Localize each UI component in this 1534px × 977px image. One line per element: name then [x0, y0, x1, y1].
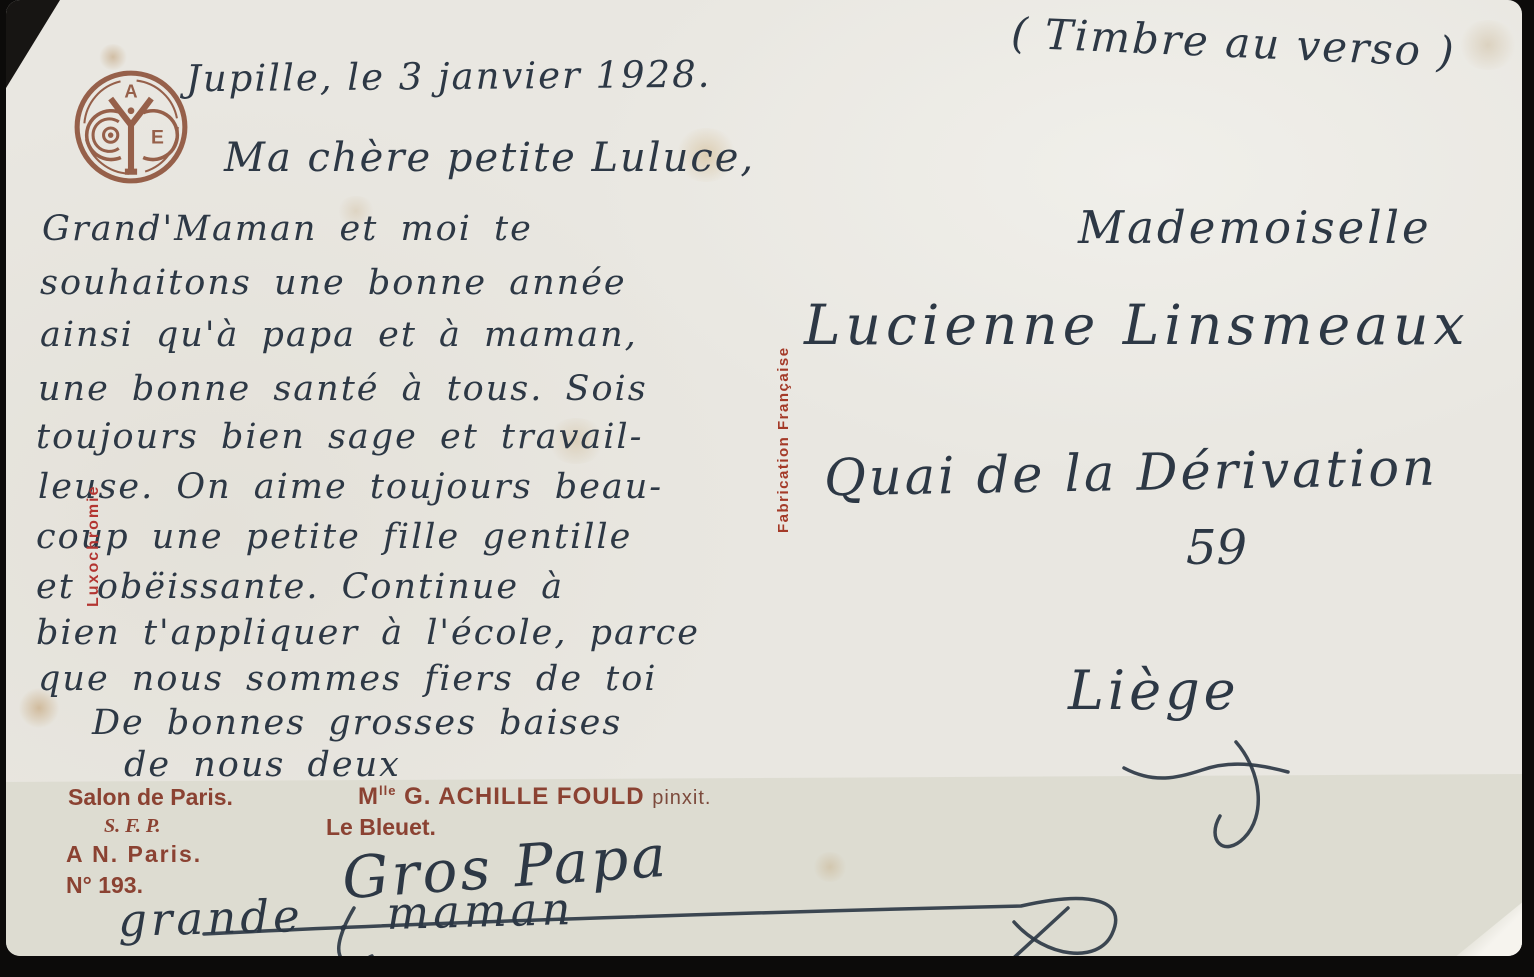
- imprint-sfp: S. F. P.: [104, 816, 161, 836]
- corner-fold: [6, 0, 60, 88]
- artist-m: M: [358, 783, 379, 810]
- letter-line: bien t'appliquer à l'école, parce: [36, 616, 700, 651]
- letter-line: une bonne santé à tous. Sois: [38, 372, 648, 407]
- stamp-note: ( Timbre au verso ): [1010, 12, 1456, 73]
- address-name: Lucienne Linsmeaux: [804, 298, 1469, 353]
- letter-line: Grand'Maman et moi te: [42, 212, 533, 247]
- process-mark-luxochromie: Luxochromie: [86, 455, 102, 607]
- letter-line: que nous sommes fiers de toi: [38, 662, 658, 697]
- publisher-monogram-logo: A E: [70, 66, 192, 188]
- artist-sup: lle: [379, 783, 396, 798]
- letter-line: De bonnes grosses baises: [92, 706, 622, 741]
- letter-line: coup une petite fille gentille: [36, 520, 632, 555]
- artist-pinxit: pinxit.: [652, 787, 711, 809]
- letter-line: de nous deux: [124, 748, 401, 783]
- paper-stain: [1458, 20, 1518, 70]
- letter-line: et obëissante. Continue à: [36, 570, 564, 605]
- letter-line: toujours bien sage et travail-: [36, 420, 643, 455]
- address-city: Liège: [1068, 664, 1240, 718]
- postcard: A E Jupille, le 3 janvier 1928. Ma chère…: [6, 0, 1522, 956]
- logo-letter-e: E: [151, 127, 164, 148]
- imprint-salon: Salon de Paris.: [68, 786, 233, 809]
- letter-line: leuse. On aime toujours beau-: [38, 470, 663, 505]
- address-number: 59: [1186, 524, 1247, 572]
- artist-credit: Mlle G. ACHILLE FOULD pinxit.: [358, 784, 711, 809]
- letter-salutation: Ma chère petite Luluce,: [224, 138, 755, 178]
- artist-name: G. ACHILLE FOULD: [396, 783, 652, 810]
- letter-line: souhaitons une bonne année: [40, 266, 627, 301]
- address-title: Mademoiselle: [1078, 205, 1432, 250]
- letter-line: ainsi qu'à papa et à maman,: [40, 318, 638, 353]
- letter-dateline: Jupille, le 3 janvier 1928.: [186, 56, 712, 98]
- logo-letter-a: A: [124, 81, 137, 102]
- imprint-card-number: N° 193.: [66, 874, 143, 897]
- address-street: Quai de la Dérivation: [824, 443, 1439, 505]
- scanned-postcard-back: A E Jupille, le 3 janvier 1928. Ma chère…: [0, 0, 1534, 977]
- signature-grandma: grande . maman: [117, 886, 574, 943]
- card-title-le-bleuet: Le Bleuet.: [326, 816, 436, 839]
- imprint-publisher: A N. Paris.: [66, 843, 202, 866]
- process-mark-fabrication-francaise: Fabrication Française: [776, 328, 791, 533]
